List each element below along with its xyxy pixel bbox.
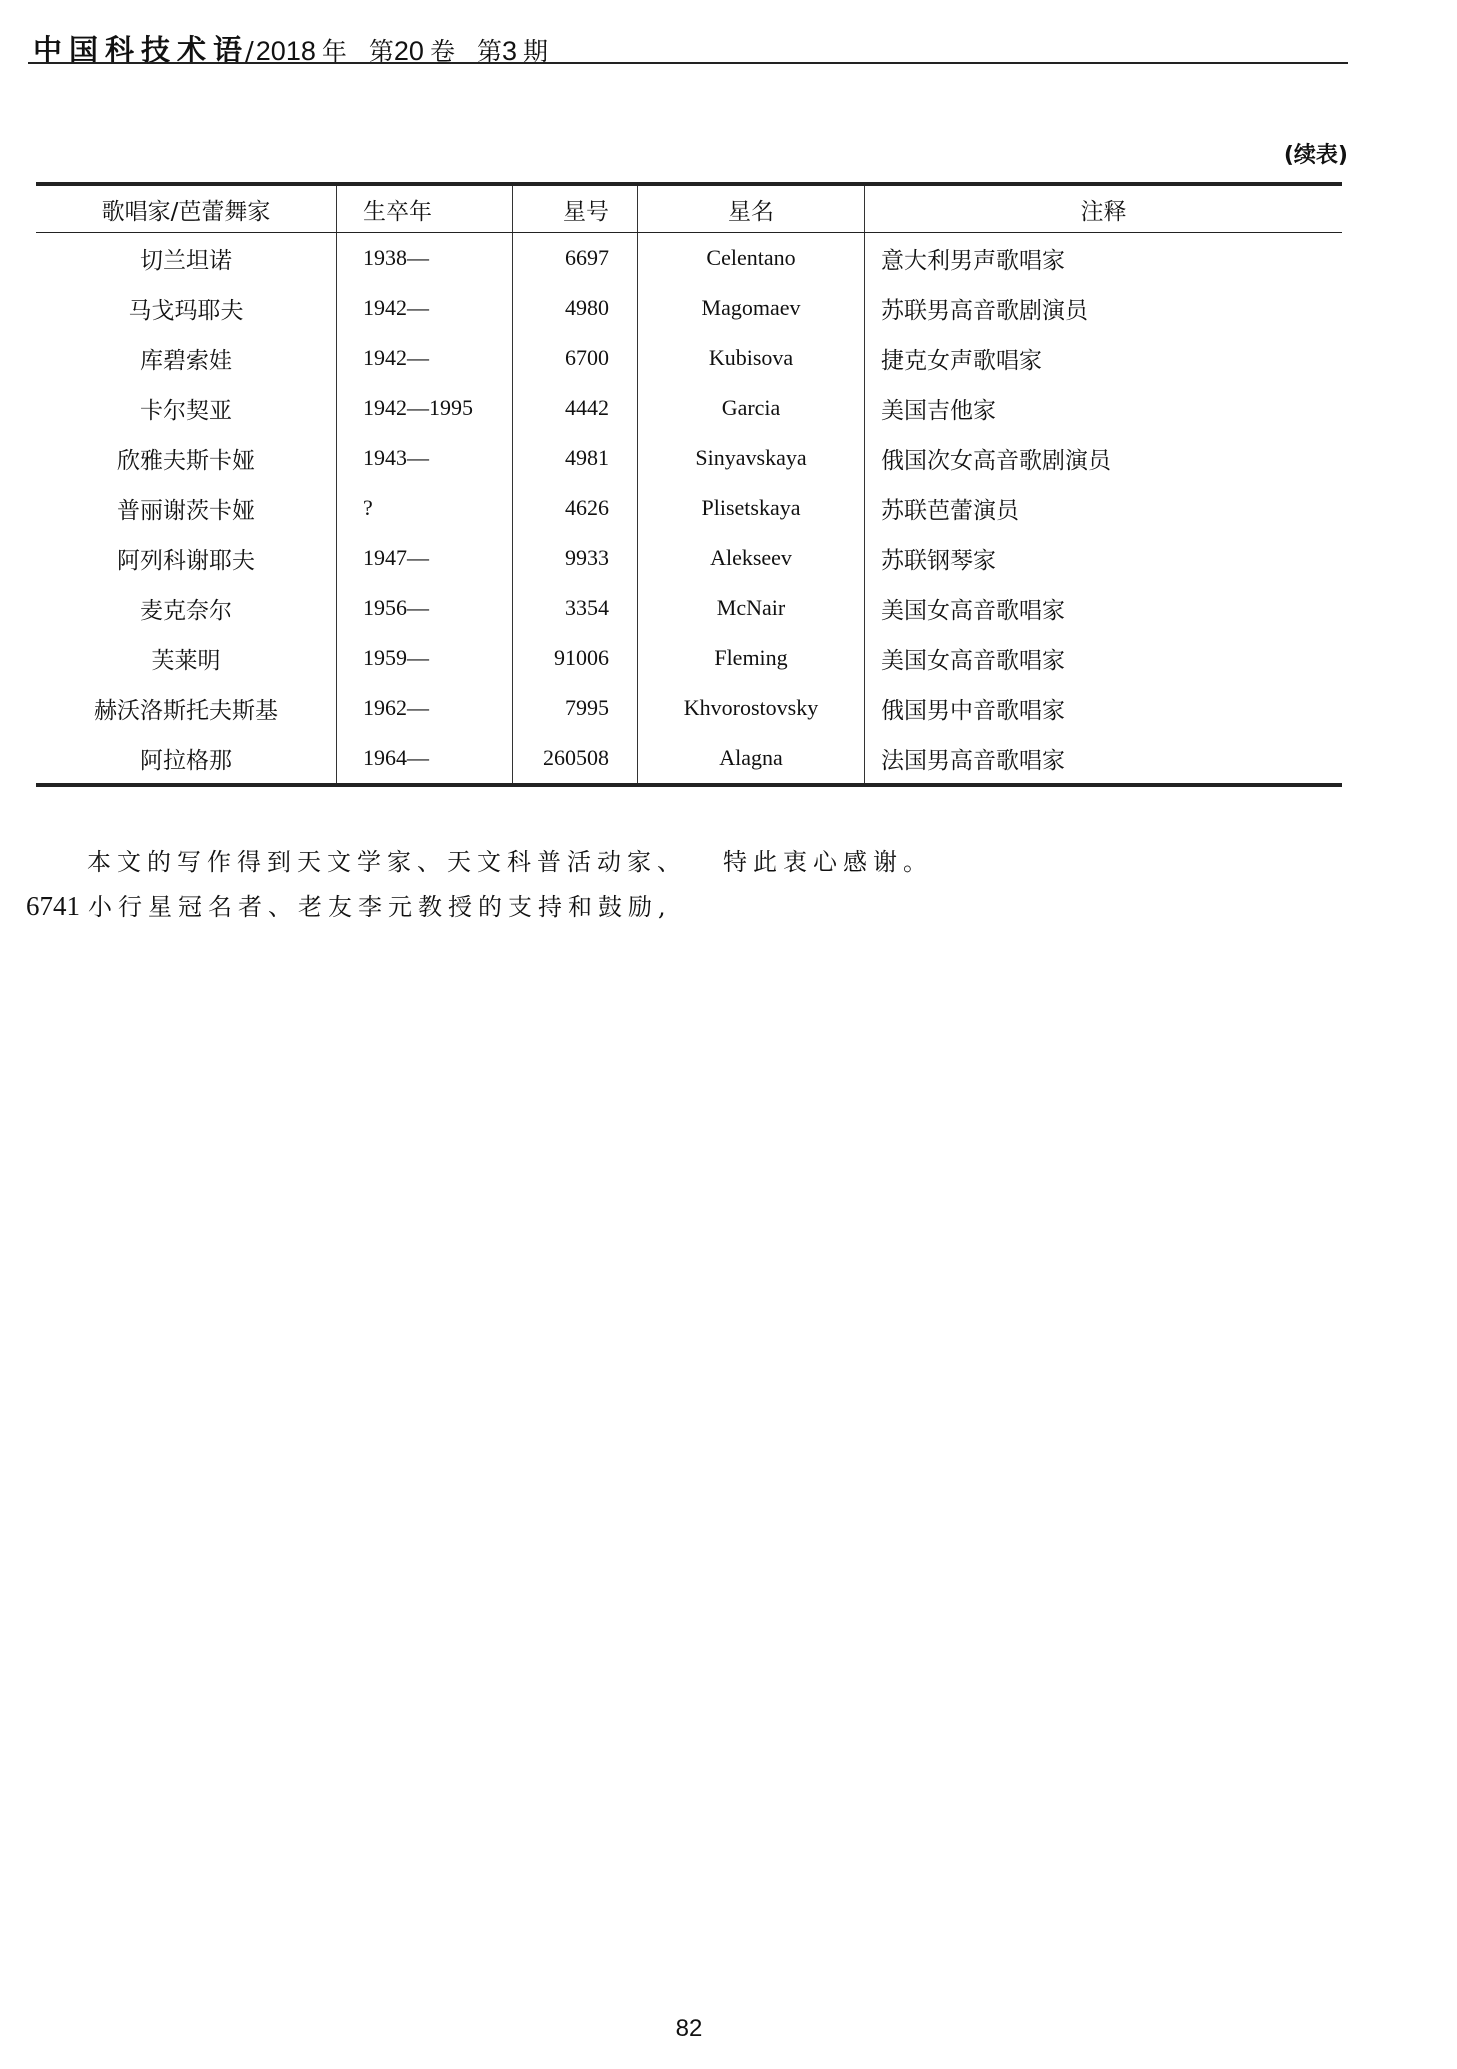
header-rule bbox=[28, 62, 1348, 64]
cell-performer: 普丽谢茨卡娅 bbox=[36, 483, 337, 533]
acknowledgement-line-2-text: 小行星冠名者、老友李元教授的支持和鼓励, bbox=[88, 893, 672, 921]
cell-note: 美国女高音歌唱家 bbox=[865, 633, 1342, 683]
cell-performer: 马戈玛耶夫 bbox=[36, 283, 337, 333]
cell-note: 俄国男中音歌唱家 bbox=[865, 683, 1342, 733]
cell-star-number: 4981 bbox=[513, 433, 638, 483]
cell-lifespan: 1947— bbox=[337, 533, 513, 583]
cell-lifespan: 1959— bbox=[337, 633, 513, 683]
running-head: 中国科技术语 / 2018 年 第 20 卷 第 3 期 bbox=[33, 28, 548, 62]
cell-star-number: 7995 bbox=[513, 683, 638, 733]
table-row: 切兰坦诺 1938— 6697 Celentano 意大利男声歌唱家 bbox=[36, 233, 1342, 283]
table-row: 库碧索娃 1942— 6700 Kubisova 捷克女声歌唱家 bbox=[36, 333, 1342, 383]
cell-note: 法国男高音歌唱家 bbox=[865, 733, 1342, 783]
table-row: 普丽谢茨卡娅 ? 4626 Plisetskaya 苏联芭蕾演员 bbox=[36, 483, 1342, 533]
cell-lifespan: 1943— bbox=[337, 433, 513, 483]
cell-performer: 欣雅夫斯卡娅 bbox=[36, 433, 337, 483]
cell-performer: 卡尔契亚 bbox=[36, 383, 337, 433]
page-number: 82 bbox=[660, 2015, 718, 2043]
table-body: 切兰坦诺 1938— 6697 Celentano 意大利男声歌唱家 马戈玛耶夫… bbox=[36, 233, 1342, 783]
cell-star-number: 91006 bbox=[513, 633, 638, 683]
cell-star-number: 260508 bbox=[513, 733, 638, 783]
table-row: 麦克奈尔 1956— 3354 McNair 美国女高音歌唱家 bbox=[36, 583, 1342, 633]
table-row: 赫沃洛斯托夫斯基 1962— 7995 Khvorostovsky 俄国男中音歌… bbox=[36, 683, 1342, 733]
cell-lifespan: 1942—1995 bbox=[337, 383, 513, 433]
cell-note: 苏联男高音歌剧演员 bbox=[865, 283, 1342, 333]
cell-star-name: Alagna bbox=[638, 733, 865, 783]
cell-star-number: 3354 bbox=[513, 583, 638, 633]
cell-star-name: Fleming bbox=[638, 633, 865, 683]
cell-star-name: Khvorostovsky bbox=[638, 683, 865, 733]
cell-lifespan: 1962— bbox=[337, 683, 513, 733]
header-star-name: 星名 bbox=[638, 186, 865, 232]
cell-star-number: 4626 bbox=[513, 483, 638, 533]
cell-lifespan: ? bbox=[337, 483, 513, 533]
cell-note: 美国吉他家 bbox=[865, 383, 1342, 433]
cell-star-number: 6697 bbox=[513, 233, 638, 283]
table-header-row: 歌唱家/芭蕾舞家 生卒年 星号 星名 注释 bbox=[36, 186, 1342, 232]
cell-lifespan: 1942— bbox=[337, 283, 513, 333]
cell-performer: 库碧索娃 bbox=[36, 333, 337, 383]
star-names-table: 歌唱家/芭蕾舞家 生卒年 星号 星名 注释 切兰坦诺 1938— 6697 Ce… bbox=[36, 182, 1342, 787]
table-row: 阿列科谢耶夫 1947— 9933 Alekseev 苏联钢琴家 bbox=[36, 533, 1342, 583]
cell-note: 俄国次女高音歌剧演员 bbox=[865, 433, 1342, 483]
cell-performer: 切兰坦诺 bbox=[36, 233, 337, 283]
header-lifespan: 生卒年 bbox=[337, 186, 513, 232]
header-note: 注释 bbox=[865, 186, 1342, 232]
cell-star-number: 6700 bbox=[513, 333, 638, 383]
table-continued-label: (续表) bbox=[1272, 138, 1348, 169]
cell-star-name: Magomaev bbox=[638, 283, 865, 333]
acknowledgement-line-1-end: 特此衷心感谢。 bbox=[723, 842, 933, 877]
cell-star-number: 4442 bbox=[513, 383, 638, 433]
table-row: 马戈玛耶夫 1942— 4980 Magomaev 苏联男高音歌剧演员 bbox=[36, 283, 1342, 333]
table-bottom-rule bbox=[36, 783, 1342, 787]
cell-performer: 阿拉格那 bbox=[36, 733, 337, 783]
cell-lifespan: 1942— bbox=[337, 333, 513, 383]
cell-star-name: Sinyavskaya bbox=[638, 433, 865, 483]
table-row: 卡尔契亚 1942—1995 4442 Garcia 美国吉他家 bbox=[36, 383, 1342, 433]
cell-performer: 麦克奈尔 bbox=[36, 583, 337, 633]
cell-star-name: Kubisova bbox=[638, 333, 865, 383]
cell-star-number: 9933 bbox=[513, 533, 638, 583]
cell-star-name: McNair bbox=[638, 583, 865, 633]
table-row: 芙莱明 1959— 91006 Fleming 美国女高音歌唱家 bbox=[36, 633, 1342, 683]
cell-star-name: Celentano bbox=[638, 233, 865, 283]
cell-note: 苏联钢琴家 bbox=[865, 533, 1342, 583]
cell-lifespan: 1964— bbox=[337, 733, 513, 783]
cell-star-name: Garcia bbox=[638, 383, 865, 433]
cell-performer: 阿列科谢耶夫 bbox=[36, 533, 337, 583]
acknowledgement-line-2: 6741小行星冠名者、老友李元教授的支持和鼓励, bbox=[26, 887, 672, 922]
cell-note: 意大利男声歌唱家 bbox=[865, 233, 1342, 283]
cell-performer: 赫沃洛斯托夫斯基 bbox=[36, 683, 337, 733]
cell-note: 捷克女声歌唱家 bbox=[865, 333, 1342, 383]
table-row: 阿拉格那 1964— 260508 Alagna 法国男高音歌唱家 bbox=[36, 733, 1342, 783]
cell-performer: 芙莱明 bbox=[36, 633, 337, 683]
cell-star-name: Plisetskaya bbox=[638, 483, 865, 533]
cell-lifespan: 1956— bbox=[337, 583, 513, 633]
asteroid-number: 6741 bbox=[26, 891, 80, 921]
cell-star-number: 4980 bbox=[513, 283, 638, 333]
acknowledgement-line-1: 本文的写作得到天文学家、天文科普活动家、 bbox=[87, 842, 687, 877]
cell-note: 苏联芭蕾演员 bbox=[865, 483, 1342, 533]
cell-note: 美国女高音歌唱家 bbox=[865, 583, 1342, 633]
header-star-number: 星号 bbox=[513, 186, 638, 232]
header-performer: 歌唱家/芭蕾舞家 bbox=[36, 186, 337, 232]
cell-lifespan: 1938— bbox=[337, 233, 513, 283]
cell-star-name: Alekseev bbox=[638, 533, 865, 583]
table-row: 欣雅夫斯卡娅 1943— 4981 Sinyavskaya 俄国次女高音歌剧演员 bbox=[36, 433, 1342, 483]
